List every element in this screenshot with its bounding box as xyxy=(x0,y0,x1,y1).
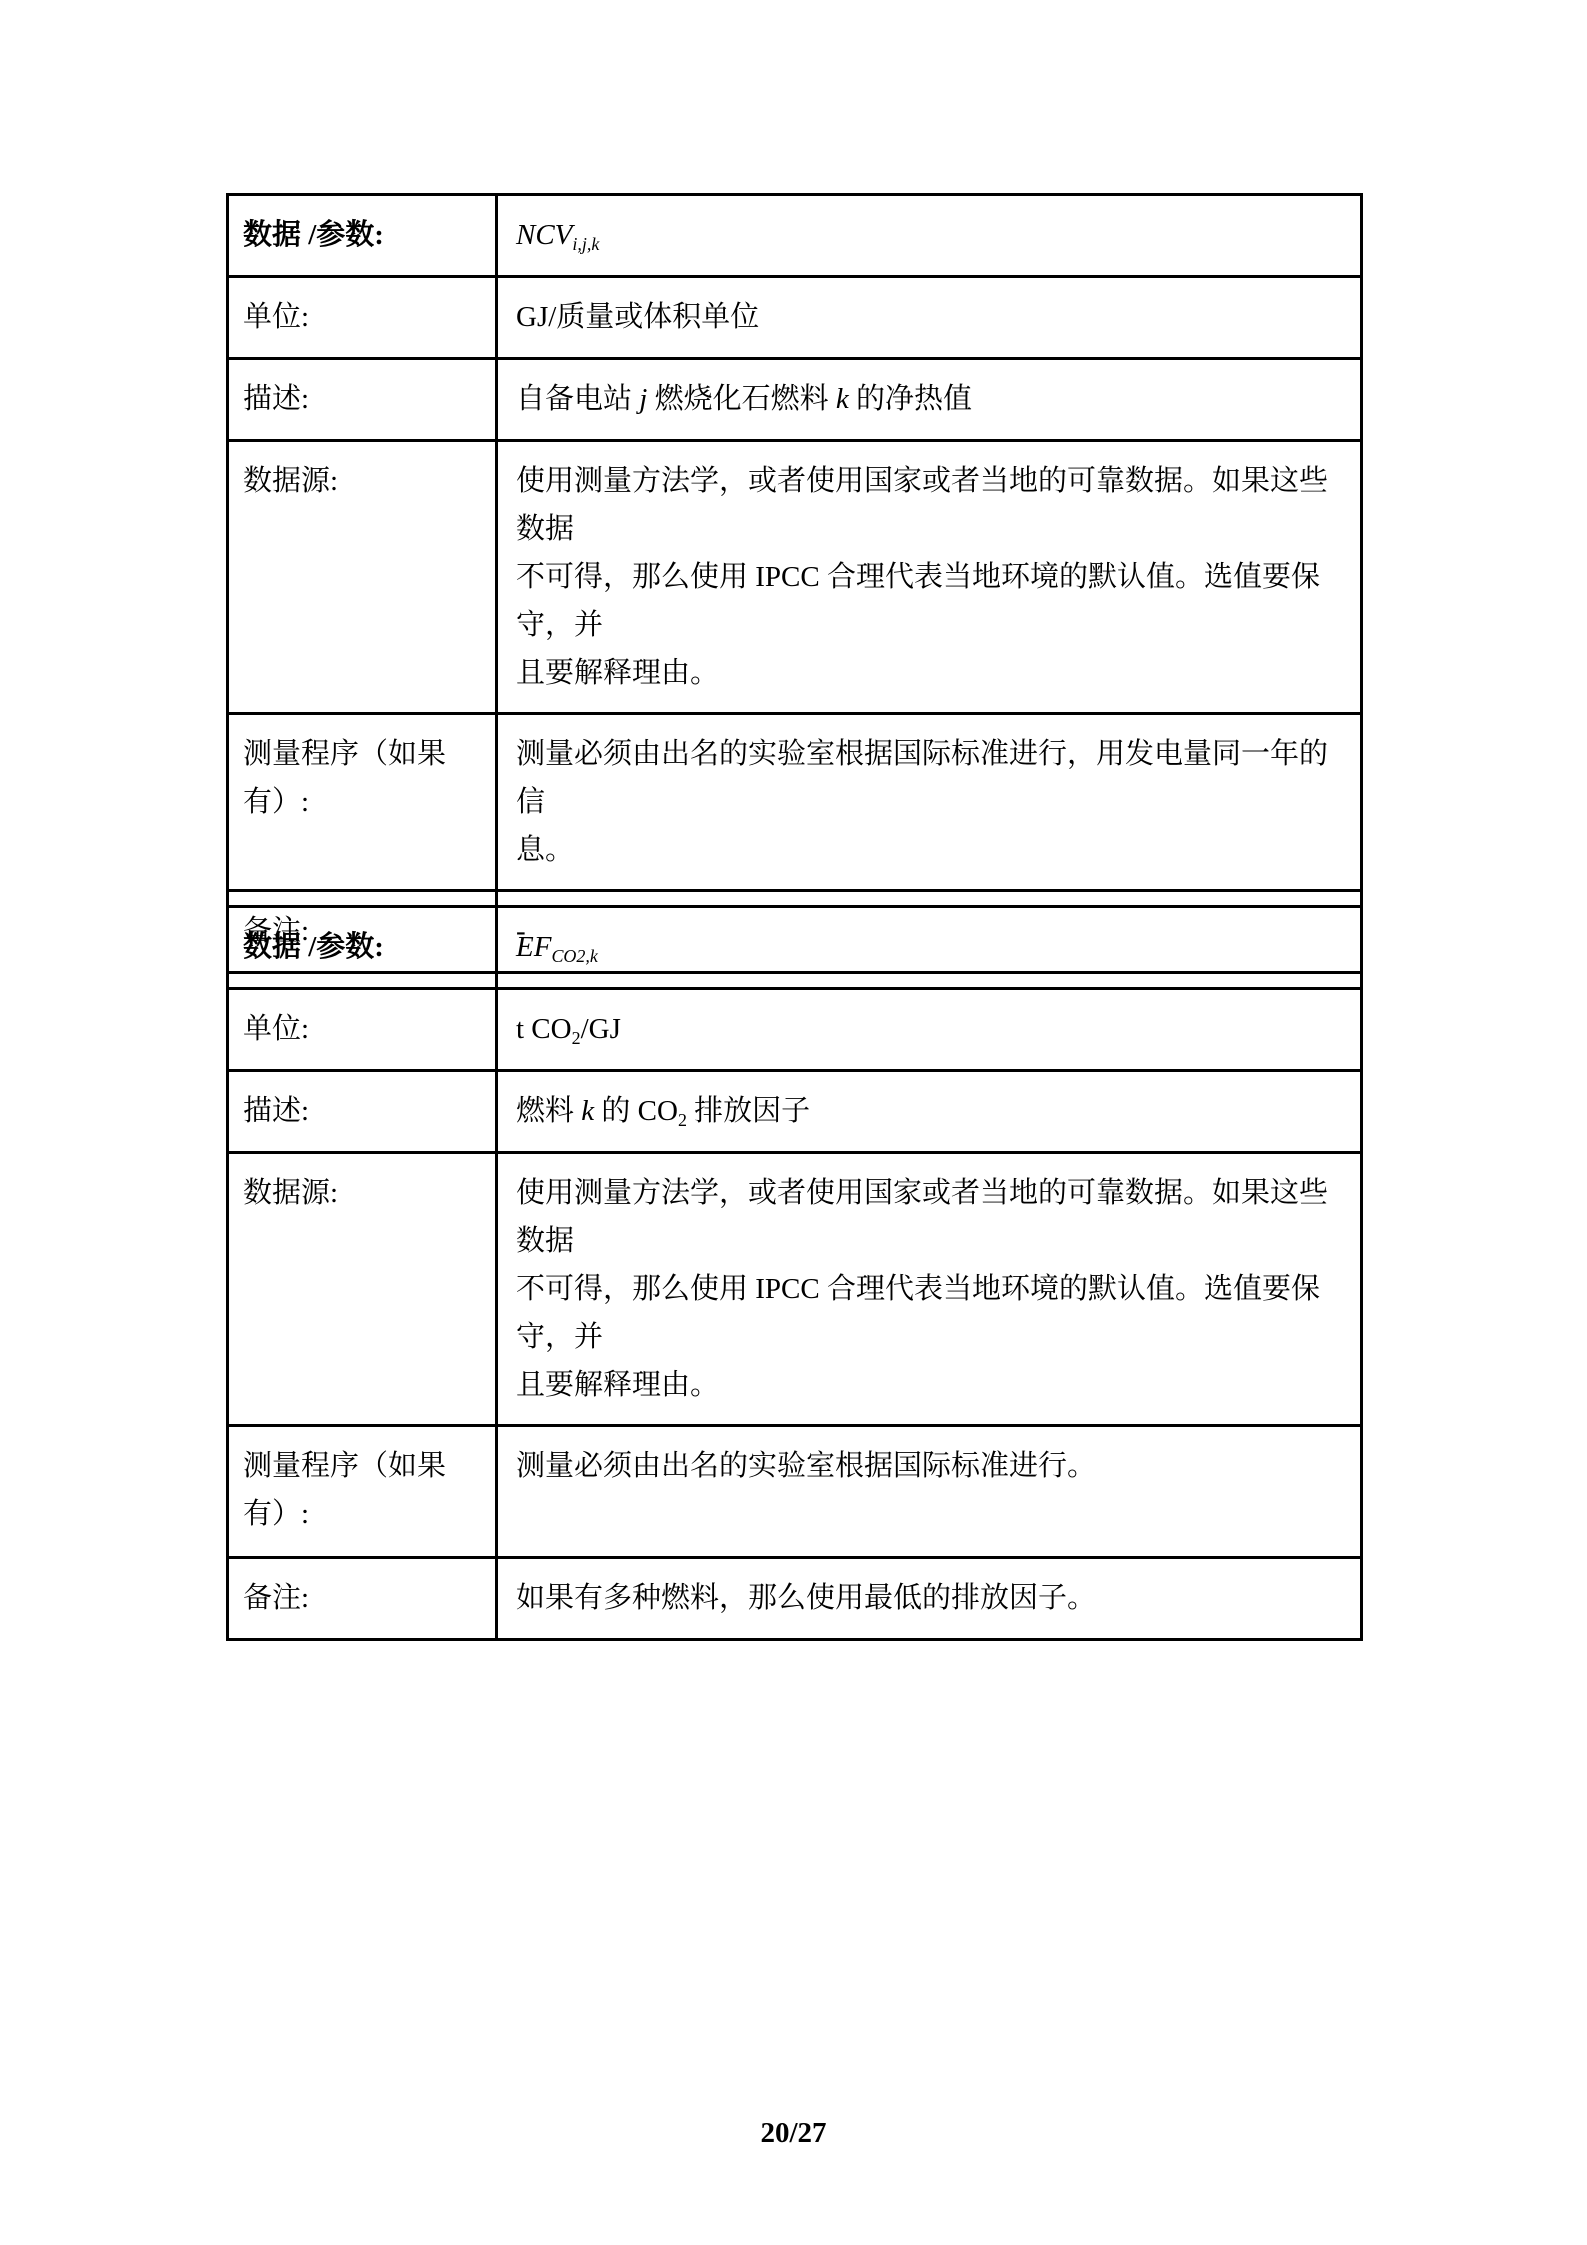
field-label: 单位: xyxy=(228,277,497,359)
field-value measurement-procedure-value: 测量必须由出名的实验室根据国际标准进行，用发电量同一年的信 息。 xyxy=(497,714,1362,891)
text-segment: NCV xyxy=(516,219,572,251)
text-segment: GJ/质量或体积单位 xyxy=(516,301,759,333)
field-label: 测量程序（如果 有）: xyxy=(228,714,497,891)
field-label: 单位: xyxy=(228,989,497,1071)
field-label: 测量程序（如果 有）: xyxy=(228,1426,497,1558)
text-segment: k xyxy=(581,1095,594,1127)
field-label: 备注: xyxy=(228,1558,497,1640)
table-row: 单位: GJ/质量或体积单位 xyxy=(228,277,1362,359)
text-segment: 的 CO xyxy=(594,1095,678,1127)
text-segment: 燃料 xyxy=(516,1095,581,1127)
text-segment: 自备电站 xyxy=(516,383,639,415)
field-value measurement-procedure-value: 测量必须由出名的实验室根据国际标准进行。 xyxy=(497,1426,1362,1558)
field-value remark-value: 如果有多种燃料，那么使用最低的排放因子。 xyxy=(497,1558,1362,1640)
field-label: 数据源: xyxy=(228,441,497,714)
text-segment: /GJ xyxy=(581,1013,621,1045)
text-segment: 测量必须由出名的实验室根据国际标准进行，用发电量同一年的信 息。 xyxy=(516,738,1328,866)
table-row: 描述: 自备电站 j 燃烧化石燃料 k 的净热值 xyxy=(228,359,1362,441)
text-segment: 使用测量方法学，或者使用国家或者当地的可靠数据。如果这些数据 不可得，那么使用 … xyxy=(516,1177,1328,1401)
table-row: 备注: 如果有多种燃料，那么使用最低的排放因子。 xyxy=(228,1558,1362,1640)
field-value description-value: 燃料 k 的 CO2 排放因子 xyxy=(497,1071,1362,1153)
text-segment: 测量必须由出名的实验室根据国际标准进行。 xyxy=(516,1450,1096,1482)
text-segment: EF xyxy=(516,931,551,963)
table-row: 数据 /参数: NCVi,j,k xyxy=(228,195,1362,277)
text-segment: t CO xyxy=(516,1013,572,1045)
field-value data-source-value: 使用测量方法学，或者使用国家或者当地的可靠数据。如果这些数据 不可得，那么使用 … xyxy=(497,1153,1362,1426)
field-label: 描述: xyxy=(228,1071,497,1153)
parameter-table-efco2: 数据 /参数: EFCO2,k 单位: t CO2/GJ 描述: 燃料 k 的 … xyxy=(226,905,1363,1641)
table-row: 数据 /参数: EFCO2,k xyxy=(228,907,1362,989)
field-value parameter-formula: NCVi,j,k xyxy=(497,195,1362,277)
text-segment: 如果有多种燃料，那么使用最低的排放因子。 xyxy=(516,1582,1096,1614)
field-value unit-value: GJ/质量或体积单位 xyxy=(497,277,1362,359)
field-value description-value: 自备电站 j 燃烧化石燃料 k 的净热值 xyxy=(497,359,1362,441)
text-segment: 2 xyxy=(572,1028,581,1048)
text-segment: i,j,k xyxy=(572,234,599,254)
text-segment: 排放因子 xyxy=(687,1095,810,1127)
field-value parameter-formula: EFCO2,k xyxy=(497,907,1362,989)
text-segment: k xyxy=(836,383,849,415)
text-segment: 2 xyxy=(678,1110,687,1130)
field-value data-source-value: 使用测量方法学，或者使用国家或者当地的可靠数据。如果这些数据 不可得，那么使用 … xyxy=(497,441,1362,714)
field-value unit-value: t CO2/GJ xyxy=(497,989,1362,1071)
text-segment: 燃烧化石燃料 xyxy=(647,383,836,415)
table-row: 描述: 燃料 k 的 CO2 排放因子 xyxy=(228,1071,1362,1153)
document-page: 数据 /参数: NCVi,j,k 单位: GJ/质量或体积单位 描述: 自备电站… xyxy=(0,0,1587,2245)
table-row: 单位: t CO2/GJ xyxy=(228,989,1362,1071)
text-segment: CO2,k xyxy=(551,946,597,966)
page-number: 20/27 xyxy=(0,2116,1587,2150)
table-row: 数据源: 使用测量方法学，或者使用国家或者当地的可靠数据。如果这些数据 不可得，… xyxy=(228,441,1362,714)
text-segment: 的净热值 xyxy=(849,383,972,415)
field-label: 数据 /参数: xyxy=(228,195,497,277)
text-segment: 使用测量方法学，或者使用国家或者当地的可靠数据。如果这些数据 不可得，那么使用 … xyxy=(516,465,1328,689)
field-label: 数据源: xyxy=(228,1153,497,1426)
table-row: 测量程序（如果 有）: 测量必须由出名的实验室根据国际标准进行，用发电量同一年的… xyxy=(228,714,1362,891)
table-row: 测量程序（如果 有）: 测量必须由出名的实验室根据国际标准进行。 xyxy=(228,1426,1362,1558)
field-label: 描述: xyxy=(228,359,497,441)
field-label: 数据 /参数: xyxy=(228,907,497,989)
parameter-table-ncv: 数据 /参数: NCVi,j,k 单位: GJ/质量或体积单位 描述: 自备电站… xyxy=(226,193,1363,974)
table-row: 数据源: 使用测量方法学，或者使用国家或者当地的可靠数据。如果这些数据 不可得，… xyxy=(228,1153,1362,1426)
